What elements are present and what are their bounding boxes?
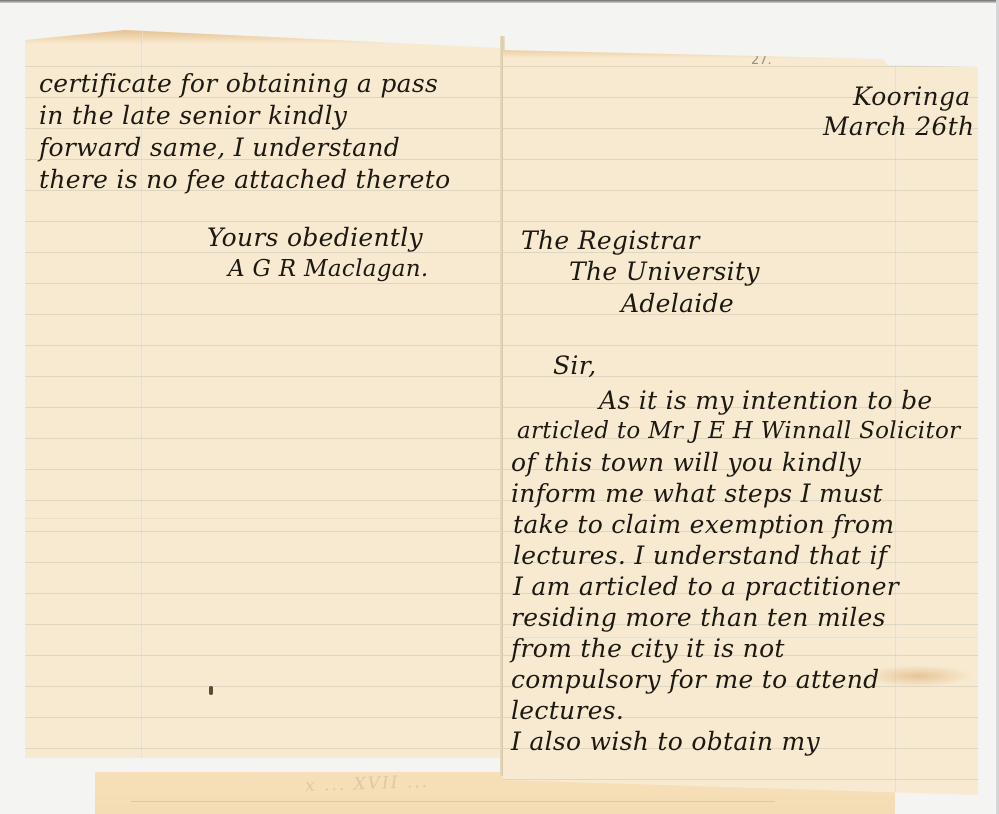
ruled-line	[131, 801, 775, 802]
body-line: compulsory for me to attend	[511, 664, 879, 695]
body-line: residing more than ten miles	[511, 602, 886, 633]
recipient-line: The University	[569, 256, 760, 287]
body-line: in the late senior kindly	[39, 100, 347, 131]
water-stain	[863, 665, 973, 687]
body-line: take to claim exemption from	[513, 509, 894, 540]
body-line: there is no fee attached thereto	[39, 164, 450, 195]
ink-spot	[209, 686, 213, 695]
body-line: articled to Mr J E H Winnall Solicitor	[517, 416, 960, 447]
closing: Yours obediently	[207, 222, 423, 253]
body-line: certificate for obtaining a pass	[39, 68, 438, 99]
edge-stain	[503, 45, 978, 59]
signature: A G R Maclagan.	[228, 254, 429, 285]
letter-page-left: certificate for obtaining a pass in the …	[25, 30, 503, 758]
recipient-line: Adelaide	[621, 288, 734, 319]
body-line: from the city it is not	[511, 633, 785, 664]
date: March 26th	[823, 111, 974, 142]
scanner-edge	[0, 0, 999, 3]
body-line: inform me what steps I must	[511, 478, 883, 509]
body-line: I also wish to obtain my	[511, 726, 820, 757]
salutation: Sir,	[553, 350, 596, 381]
underlying-faint-text: x ... XVII ...	[305, 772, 430, 796]
page-number: 27.	[751, 53, 772, 68]
fold-line	[25, 518, 503, 520]
body-line: lectures.	[511, 695, 624, 726]
body-line: forward same, I understand	[39, 132, 400, 163]
body-line: As it is my intention to be	[599, 385, 933, 416]
body-line: lectures. I understand that if	[513, 540, 887, 571]
body-line: I am articled to a practitioner	[513, 571, 899, 602]
recipient-line: The Registrar	[521, 225, 700, 256]
edge-stain	[25, 30, 503, 44]
place: Kooringa	[853, 81, 970, 112]
letter-page-right: 27. Kooringa March 26th The Registrar Th…	[503, 45, 978, 795]
body-line: of this town will you kindly	[511, 447, 861, 478]
